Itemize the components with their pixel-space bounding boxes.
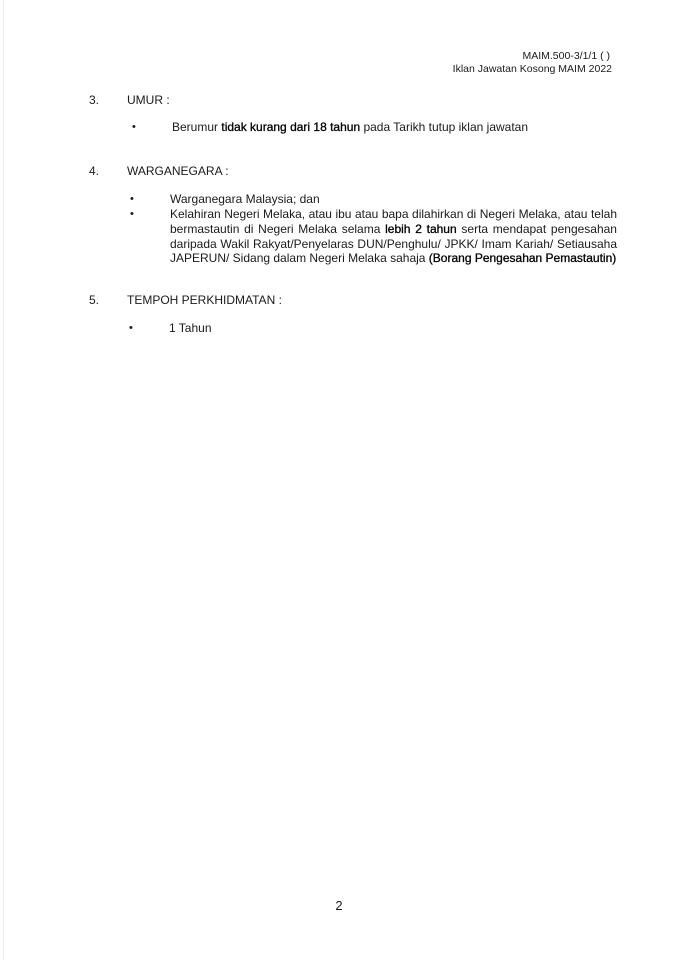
bullet-text: Warganegara Malaysia; dan bbox=[170, 192, 320, 206]
section-title: UMUR : bbox=[127, 93, 170, 107]
bullet-item: • Kelahiran Negeri Melaka, atau ibu atau… bbox=[170, 207, 617, 266]
bullet-icon: • bbox=[130, 207, 134, 222]
bullet-item: • 1 Tahun bbox=[169, 321, 212, 336]
bullet-text: 1 Tahun bbox=[169, 321, 212, 335]
section-warganegara-heading: 4.WARGANEGARA : bbox=[89, 164, 229, 178]
bullet-icon: • bbox=[130, 192, 134, 207]
bullet-icon: • bbox=[129, 321, 133, 336]
reference-number: MAIM.500-3/1/1 ( ) bbox=[453, 50, 612, 63]
bullet-text: pada Tarikh tutup iklan jawatan bbox=[360, 120, 528, 134]
section-title: TEMPOH PERKHIDMATAN : bbox=[127, 293, 282, 307]
section-tempoh-heading: 5.TEMPOH PERKHIDMATAN : bbox=[89, 293, 282, 307]
bullet-text-bold: lebih 2 tahun bbox=[385, 222, 457, 236]
bullet-text-bold: (Borang Pengesahan Pemastautin) bbox=[429, 251, 616, 265]
page-number: 2 bbox=[0, 898, 678, 913]
bullet-text-bold: tidak kurang dari 18 tahun bbox=[221, 120, 360, 134]
section-umur-heading: 3.UMUR : bbox=[89, 93, 170, 107]
bullet-text: Berumur bbox=[172, 120, 221, 134]
section-number: 3. bbox=[89, 93, 127, 107]
bullet-icon: • bbox=[132, 120, 136, 135]
document-header: MAIM.500-3/1/1 ( ) Iklan Jawatan Kosong … bbox=[453, 50, 612, 76]
document-title: Iklan Jawatan Kosong MAIM 2022 bbox=[453, 63, 612, 76]
page-edge-line bbox=[3, 0, 4, 960]
section-number: 4. bbox=[89, 164, 127, 178]
section-title: WARGANEGARA : bbox=[127, 164, 229, 178]
section-number: 5. bbox=[89, 293, 127, 307]
bullet-item: • Warganegara Malaysia; dan bbox=[170, 192, 320, 207]
bullet-item: • Berumur tidak kurang dari 18 tahun pad… bbox=[172, 120, 528, 135]
